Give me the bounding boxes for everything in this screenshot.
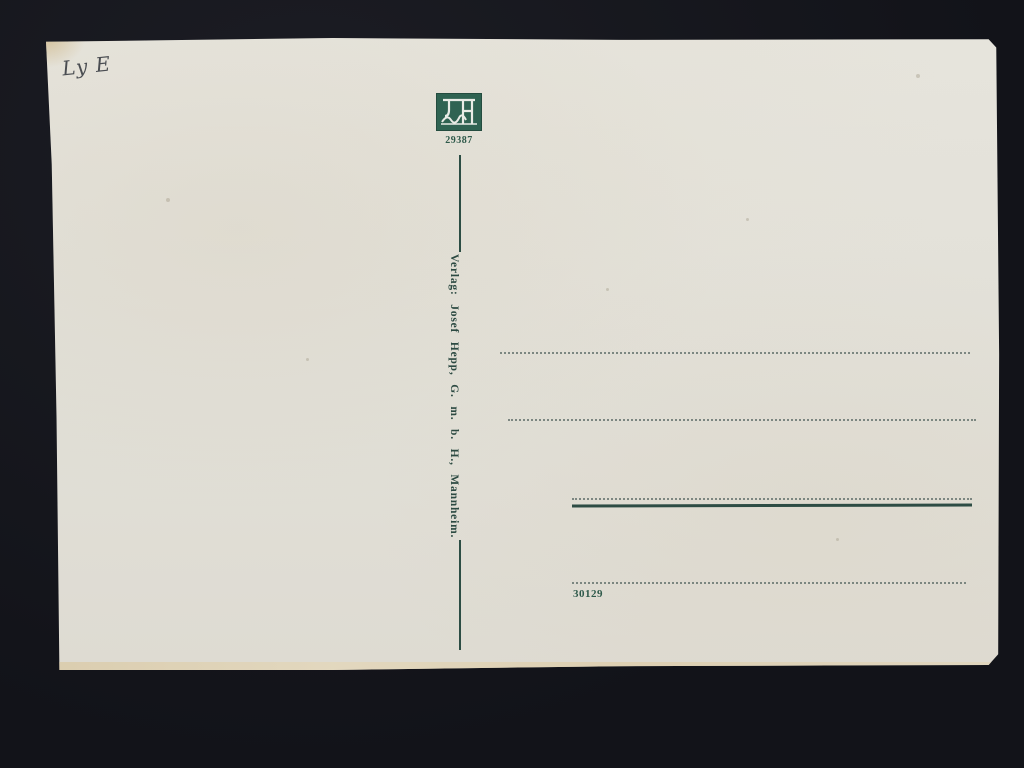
logo-number: 29387 [431,135,487,146]
worn-bottom-edge [46,662,1002,670]
center-divider-top [459,155,461,252]
foxing-spot [836,538,839,541]
center-divider-bottom [459,540,461,650]
address-line-1 [500,352,970,354]
hepp-monogram-icon [436,93,482,131]
foxing-spot [606,288,609,291]
publisher-imprint-text: Verlag: Josef Hepp, G. m. b. H., Mannhei… [448,254,460,538]
handwritten-note: Ly E [61,51,112,80]
postcard: Ly E 29387 Verlag: Josef Hepp, G. m. b. … [46,38,1002,670]
foxing-spot [306,358,309,361]
address-line-4 [572,582,966,584]
address-line-solid [572,503,972,507]
foxing-spot [916,74,920,78]
address-line-3 [572,498,972,500]
photo-background: Ly E 29387 Verlag: Josef Hepp, G. m. b. … [0,0,1024,768]
foxing-spot [166,198,170,202]
foxing-spot [746,218,749,221]
card-number: 30129 [573,588,603,600]
address-line-2 [508,419,976,421]
